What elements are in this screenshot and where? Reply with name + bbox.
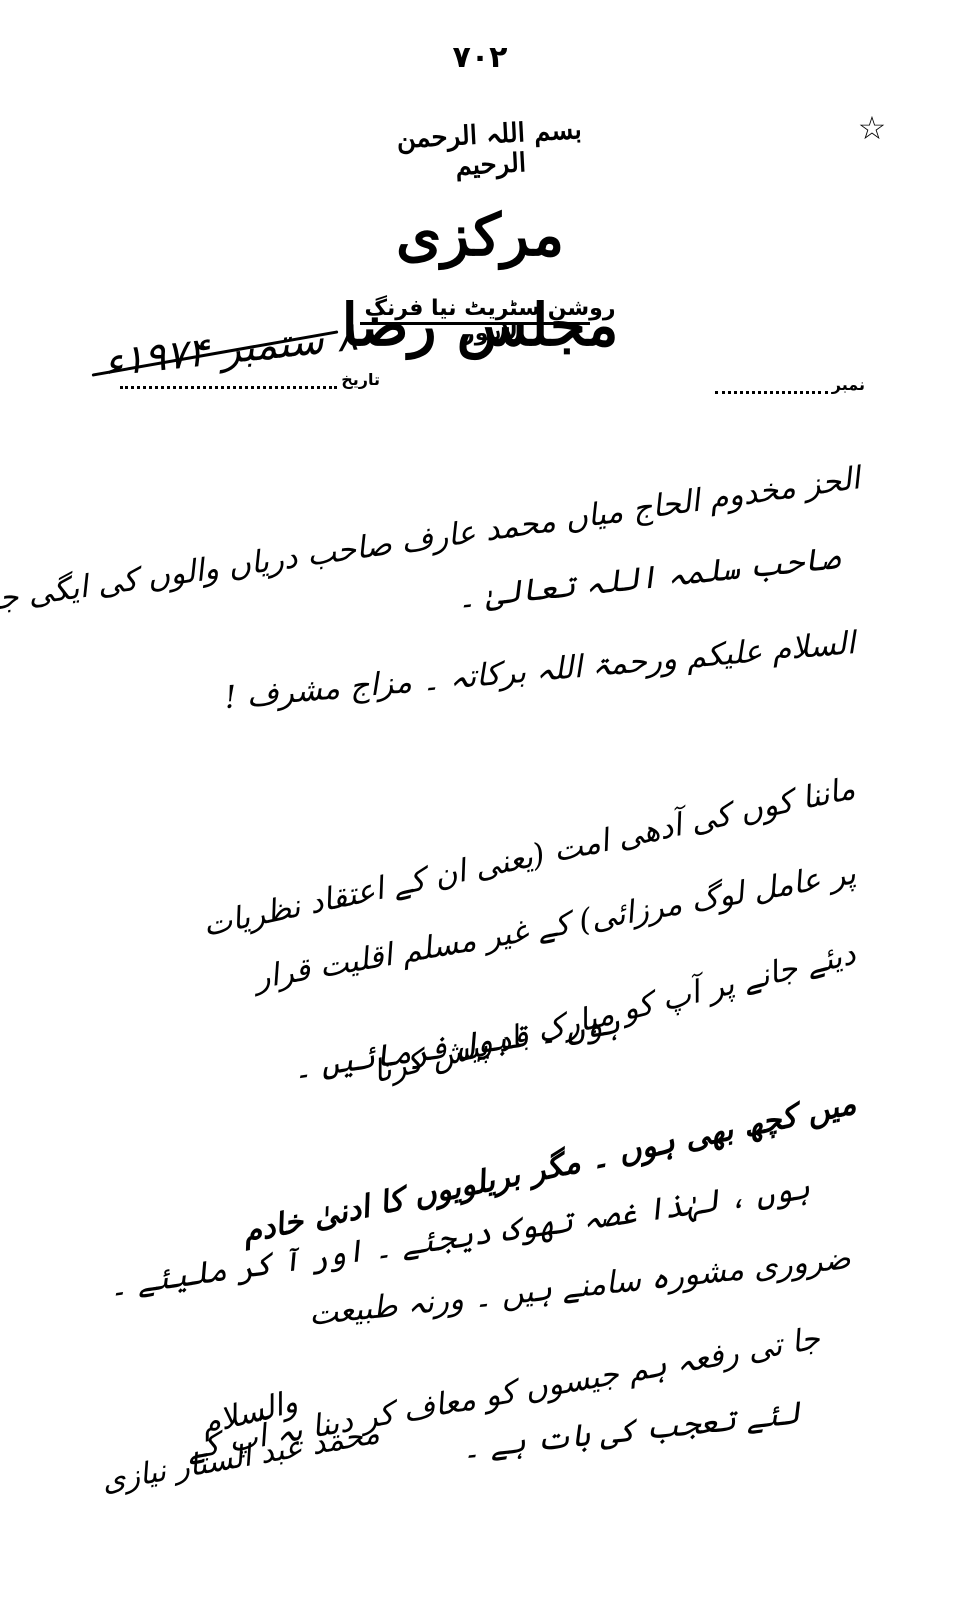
number-field: نمبر [715, 375, 865, 394]
star-outline-icon: ☆ [852, 108, 892, 148]
date-dotted-line [120, 376, 337, 389]
bismillah-header: بسم اللہ الرحمن الرحیم [359, 113, 622, 187]
letter-line: السلام علیکم ورحمۃ اللہ برکاتہ ۔ مزاج مش… [223, 625, 857, 717]
address-strikethrough [360, 322, 590, 325]
date-label: تاریخ [341, 370, 380, 389]
page-number: ۷۰۲ [420, 40, 540, 75]
letter-line: ہوں ۔ قبول فرمائیں ۔ [291, 1005, 623, 1088]
number-label: نمبر [832, 375, 865, 394]
date-field: تاریخ [120, 370, 380, 389]
letter-line: صاحب سلمہ اللہ تعالیٰ ۔ [456, 540, 842, 617]
number-dotted-line [715, 381, 828, 394]
letter-line: الحز مخدوم الحاج میاں محمد عارف صاحب دری… [0, 460, 863, 627]
